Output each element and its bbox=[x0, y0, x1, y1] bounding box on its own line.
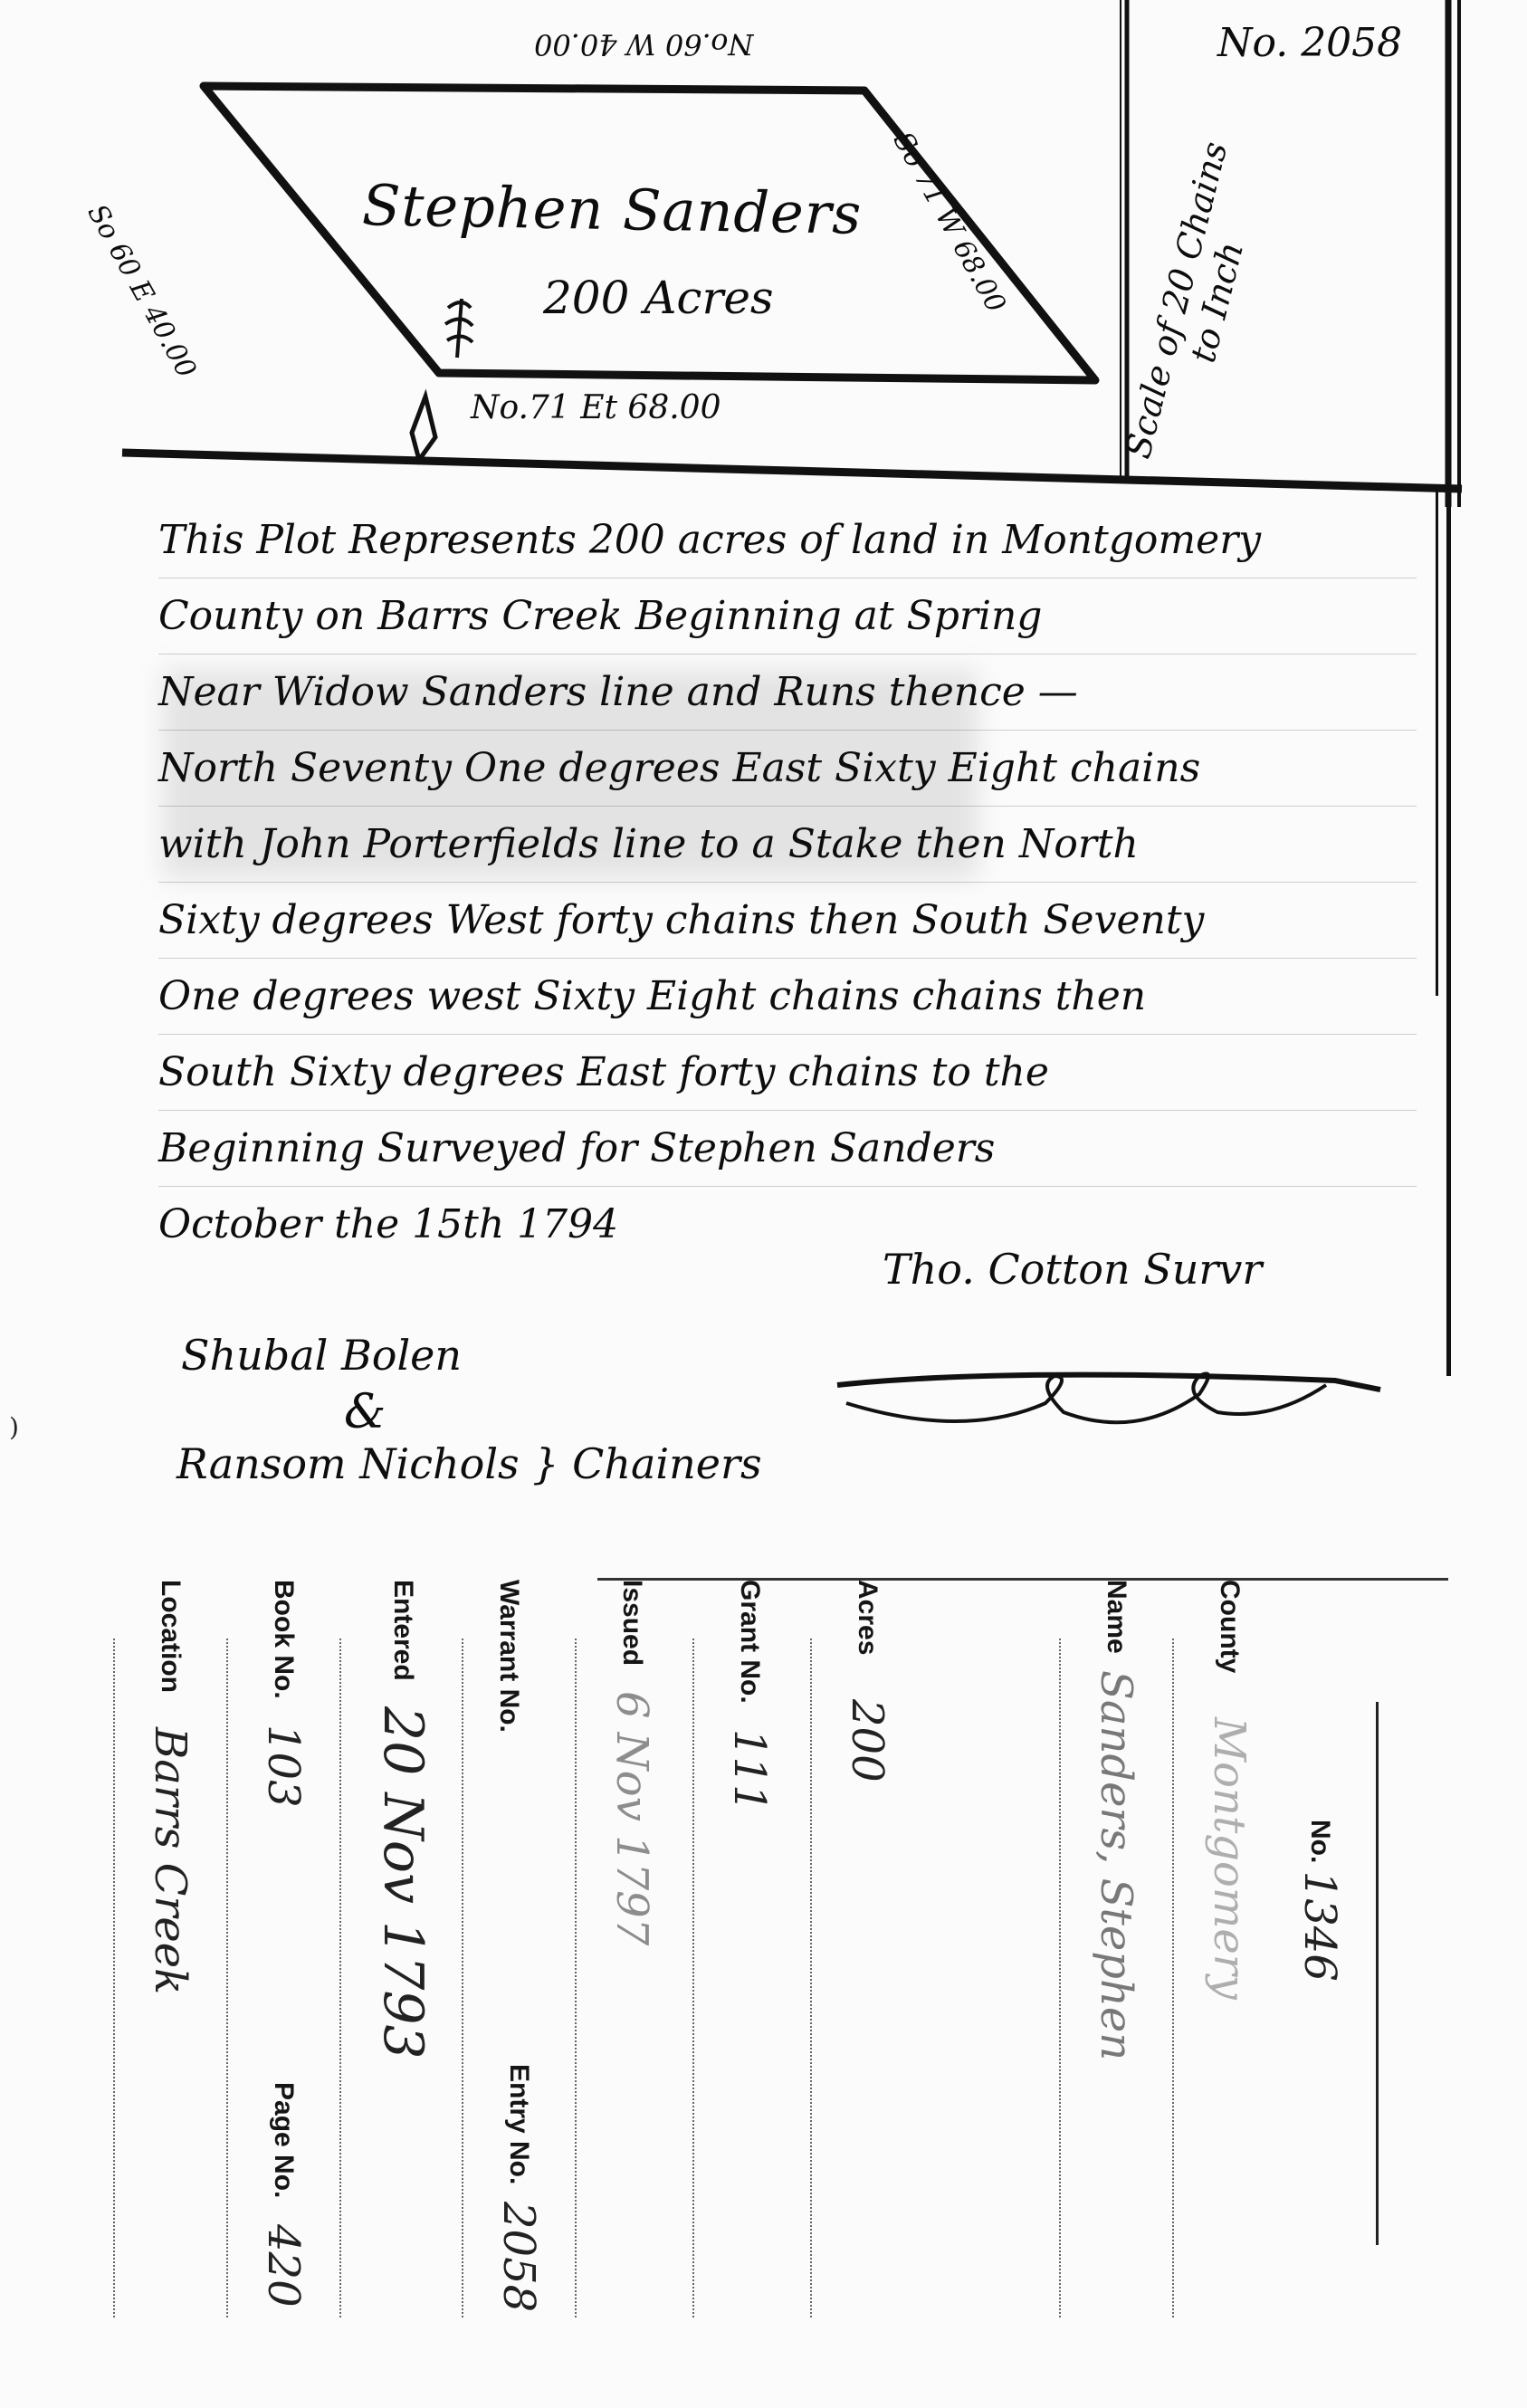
field-warrant-no: Warrant No. bbox=[493, 1580, 524, 1733]
field-label: Issued bbox=[617, 1580, 647, 1666]
field-label: County bbox=[1215, 1580, 1245, 1673]
field-entry-no: Entry No. 2058 bbox=[493, 2064, 544, 2312]
tract-owner-name: Stephen Sanders bbox=[361, 172, 862, 247]
tree-marker-icon bbox=[445, 299, 472, 358]
field-value: 111 bbox=[724, 1711, 775, 1812]
field-value: 420 bbox=[258, 2206, 309, 2308]
field-value: 6 Nov 1797 bbox=[606, 1673, 657, 1945]
field-acres: Acres 200 bbox=[842, 1580, 892, 1782]
survey-line: South Sixty degrees East forty chains to… bbox=[158, 1035, 1417, 1111]
field-value: 103 bbox=[258, 1706, 309, 1808]
bearing-top-label: No.60 W 40.00 bbox=[534, 27, 753, 62]
field-label: Entered bbox=[388, 1580, 418, 1681]
field-issued: Issued 6 Nov 1797 bbox=[606, 1580, 657, 1946]
card-guide-line bbox=[1059, 1639, 1061, 2317]
field-label: Warrant No. bbox=[494, 1580, 524, 1733]
card-guide-line bbox=[462, 1639, 463, 2317]
spring-marker-icon bbox=[412, 397, 435, 460]
chain-carrier-1: Shubal Bolen bbox=[181, 1331, 462, 1380]
field-label: Acres bbox=[853, 1580, 883, 1655]
card-guide-line bbox=[810, 1639, 812, 2317]
field-value: 20 Nov 1793 bbox=[371, 1688, 434, 2059]
card-number-label: No. bbox=[1305, 1820, 1335, 1863]
field-label: Entry No. bbox=[504, 2064, 534, 2184]
field-county: County Montgomery bbox=[1204, 1580, 1255, 2000]
right-border-rule bbox=[1446, 489, 1451, 1376]
ampersand: & bbox=[344, 1385, 386, 1439]
tract-acreage: 200 Acres bbox=[543, 272, 774, 324]
card-number: No. 1346 bbox=[1294, 1820, 1345, 1982]
field-page-no: Page No. 420 bbox=[258, 2082, 309, 2307]
plat-drawing bbox=[0, 0, 1527, 507]
survey-line: This Plot Represents 200 acres of land i… bbox=[158, 502, 1417, 578]
survey-line: One degrees west Sixty Eight chains chai… bbox=[158, 959, 1417, 1035]
field-value: 2058 bbox=[493, 2193, 544, 2312]
card-right-rule bbox=[1376, 1702, 1379, 2245]
card-guide-line bbox=[339, 1639, 341, 2317]
field-value: Sanders, Stephen bbox=[1091, 1661, 1141, 2060]
field-label: Location bbox=[156, 1580, 186, 1693]
survey-line: Beginning Surveyed for Stephen Sanders bbox=[158, 1111, 1417, 1187]
card-guide-line bbox=[226, 1639, 228, 2317]
card-number-value: 1346 bbox=[1294, 1871, 1345, 1982]
field-label: Grant No. bbox=[735, 1580, 765, 1704]
field-label: Name bbox=[1102, 1580, 1131, 1654]
survey-line: North Seventy One degrees East Sixty Eig… bbox=[158, 731, 1417, 807]
card-guide-line bbox=[692, 1639, 694, 2317]
signature-flourish bbox=[828, 1349, 1389, 1448]
right-border-rule-inner bbox=[1436, 489, 1438, 996]
field-book-no: Book No. 103 bbox=[258, 1580, 309, 1808]
margin-mark: ) bbox=[9, 1412, 19, 1442]
survey-line: Sixty degrees West forty chains then Sou… bbox=[158, 883, 1417, 959]
surveyor-signature: Tho. Cotton Survr bbox=[883, 1245, 1262, 1294]
card-guide-line bbox=[1172, 1639, 1174, 2317]
survey-line: County on Barrs Creek Beginning at Sprin… bbox=[158, 578, 1417, 655]
bearing-bottom-label: No.71 Et 68.00 bbox=[471, 389, 721, 426]
field-location: Location Barrs Creek bbox=[145, 1580, 196, 1995]
field-entered: Entered 20 Nov 1793 bbox=[371, 1580, 434, 2059]
field-name: Name Sanders, Stephen bbox=[1091, 1580, 1141, 2060]
chain-carrier-2: Ransom Nichols } Chainers bbox=[177, 1439, 762, 1488]
field-value: Montgomery bbox=[1204, 1681, 1255, 2000]
survey-line: Near Widow Sanders line and Runs thence … bbox=[158, 655, 1417, 731]
field-value: Barrs Creek bbox=[145, 1700, 196, 1994]
field-label: Book No. bbox=[269, 1580, 299, 1699]
card-guide-line bbox=[113, 1639, 115, 2317]
field-label: Page No. bbox=[269, 2082, 299, 2198]
field-value: 200 bbox=[842, 1663, 892, 1782]
card-guide-line bbox=[575, 1639, 577, 2317]
survey-description: This Plot Represents 200 acres of land i… bbox=[158, 502, 1417, 1262]
field-grant-no: Grant No. 111 bbox=[724, 1580, 775, 1812]
survey-line: with John Porterfields line to a Stake t… bbox=[158, 807, 1417, 883]
